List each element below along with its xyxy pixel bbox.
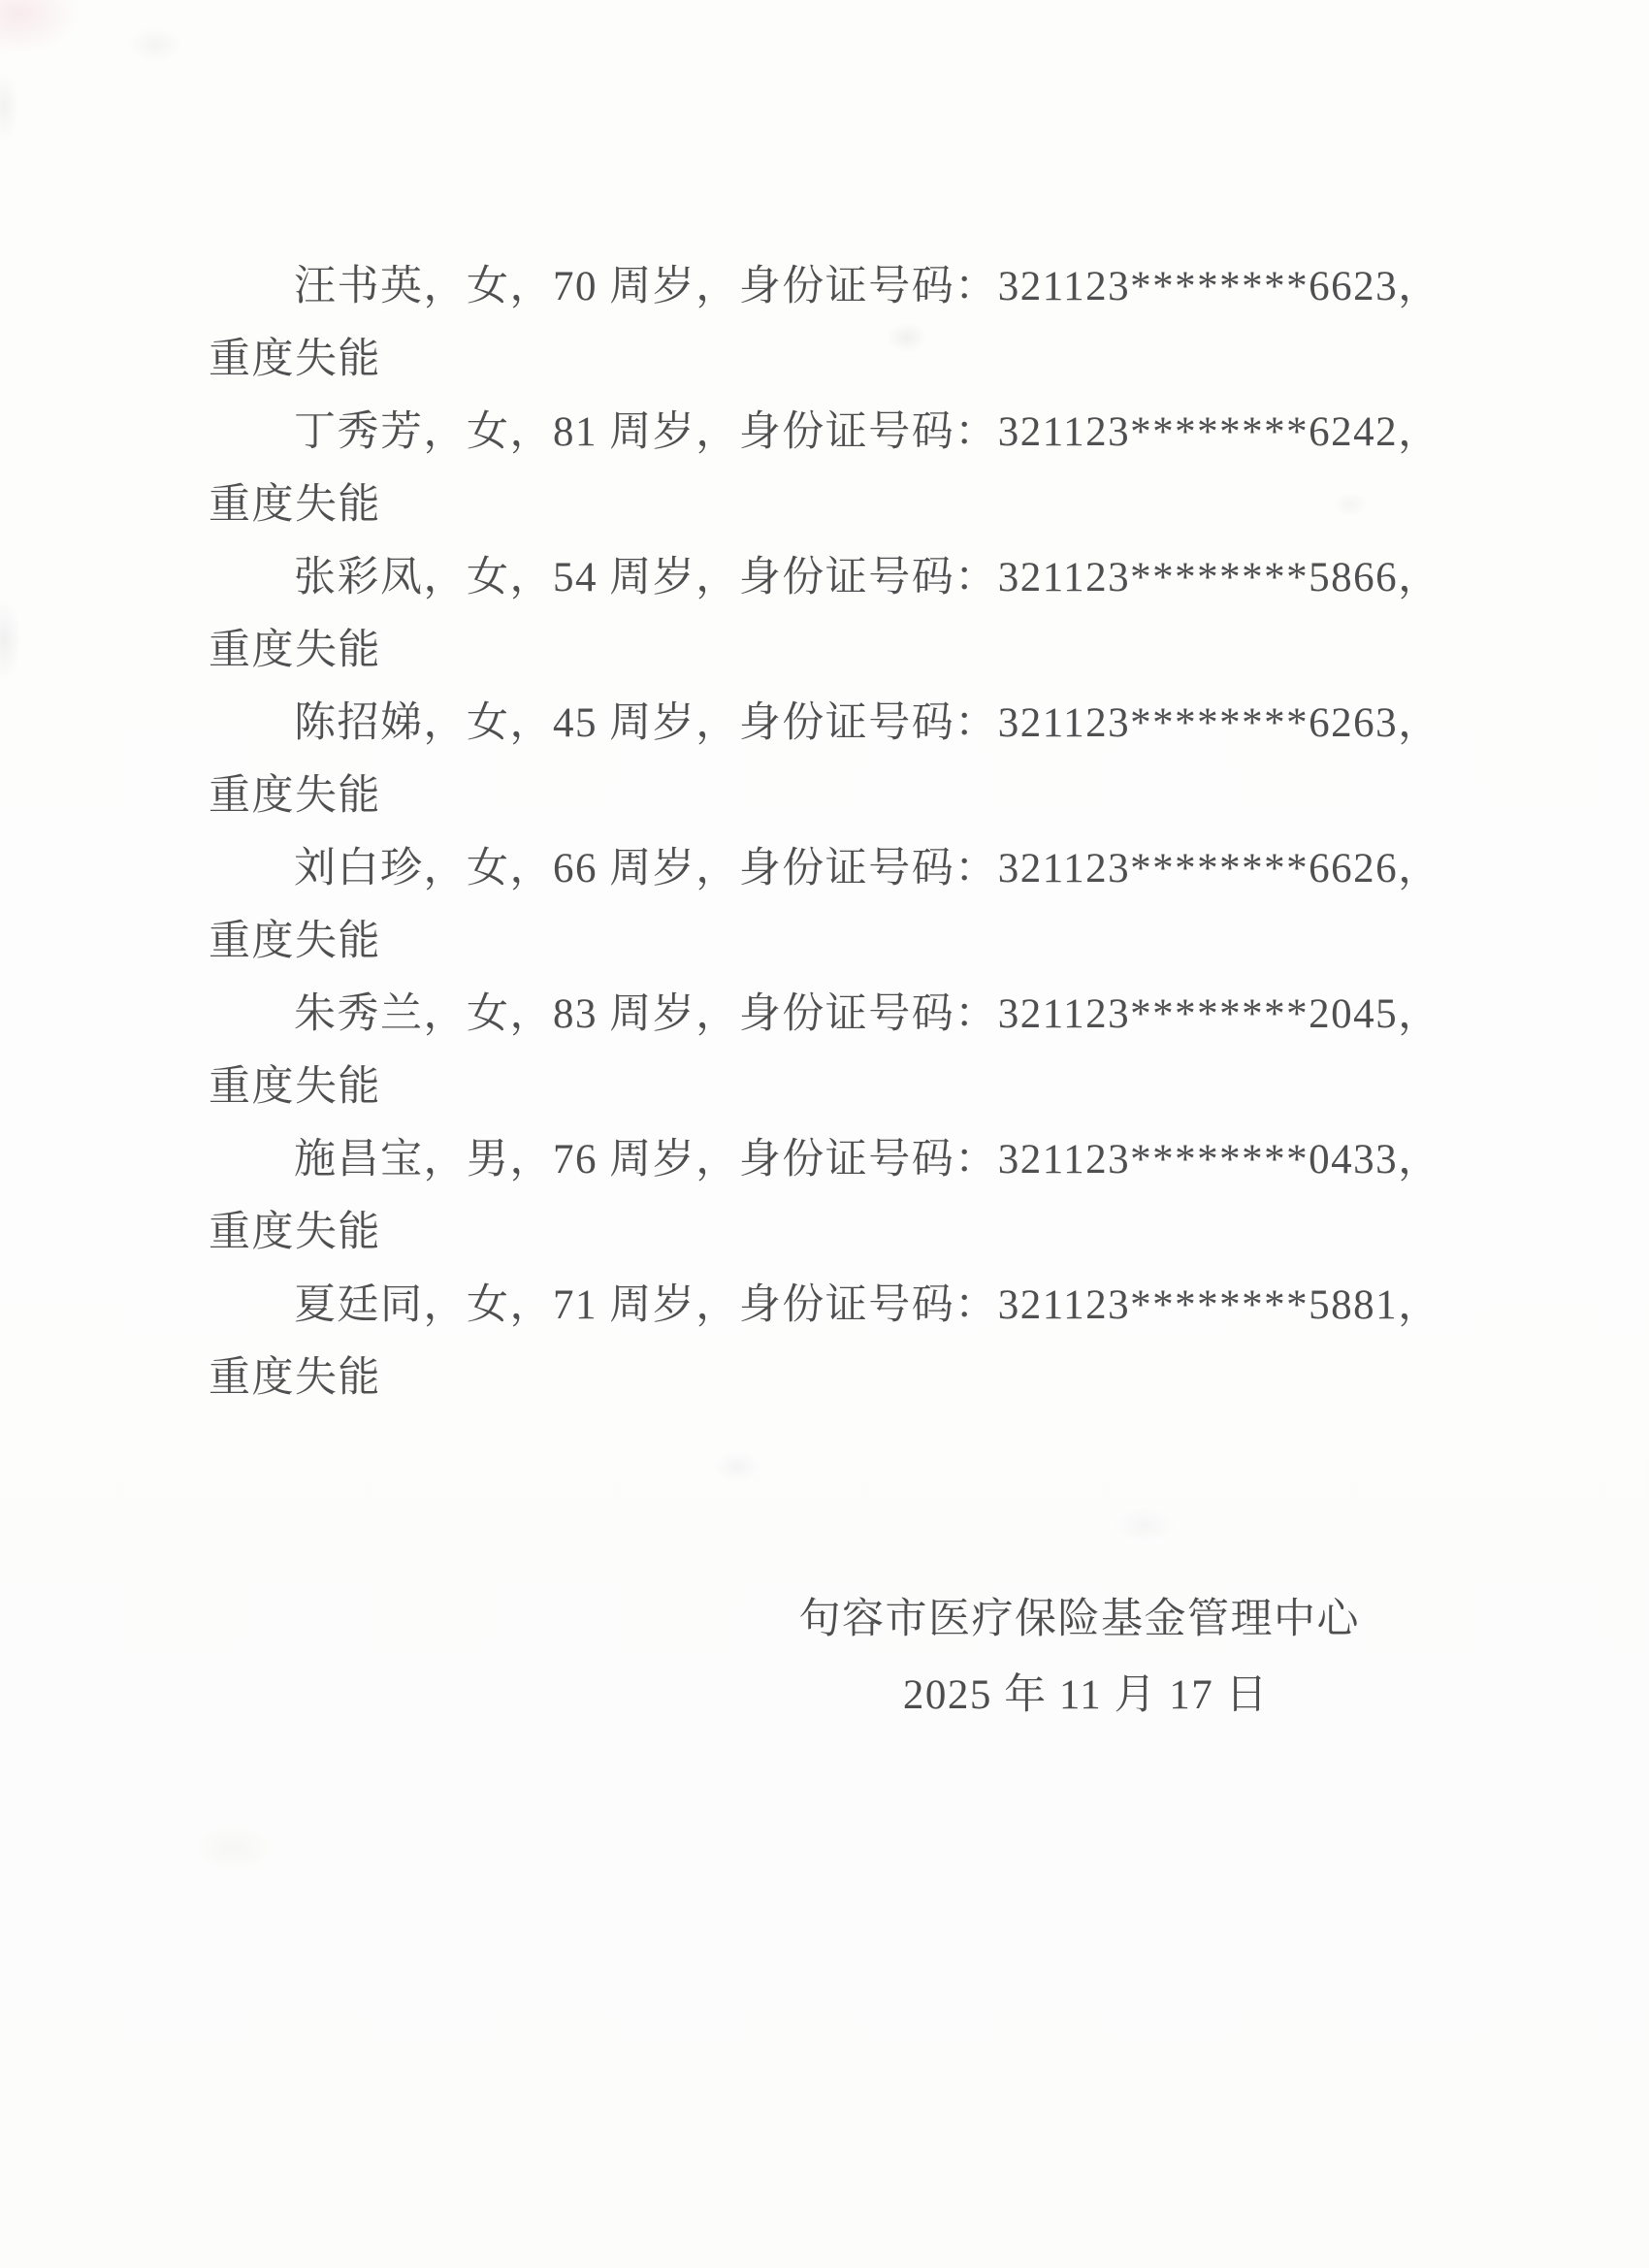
entry-detail-line: 夏廷同，女，71 周岁，身份证号码：321123********5881，	[209, 1269, 1450, 1342]
disability-entry: 陈招娣，女，45 周岁，身份证号码：321123********6263， 重度…	[209, 687, 1450, 832]
scanned-document-page: 汪书英，女，70 周岁，身份证号码：321123********6623， 重度…	[0, 0, 1649, 2268]
disability-entry: 施昌宝，男，76 周岁，身份证号码：321123********0433， 重度…	[209, 1123, 1450, 1269]
disability-entry: 朱秀兰，女，83 周岁，身份证号码：321123********2045， 重度…	[209, 978, 1450, 1123]
entries-list: 汪书英，女，70 周岁，身份证号码：321123********6623， 重度…	[209, 250, 1450, 1414]
entry-status-line: 重度失能	[209, 323, 1450, 396]
entry-status-line: 重度失能	[209, 760, 1450, 832]
entry-detail-line: 施昌宝，男，76 周岁，身份证号码：321123********0433，	[209, 1123, 1450, 1196]
entry-status-line: 重度失能	[209, 469, 1450, 541]
footer-date: 2025 年 11 月 17 日	[903, 1667, 1269, 1725]
entry-detail-line: 陈招娣，女，45 周岁，身份证号码：321123********6263，	[209, 687, 1450, 760]
entry-detail-line: 丁秀芳，女，81 周岁，身份证号码：321123********6242，	[209, 396, 1450, 469]
disability-entry: 张彩凤，女，54 周岁，身份证号码：321123********5866， 重度…	[209, 541, 1450, 687]
entry-detail-line: 刘白珍，女，66 周岁，身份证号码：321123********6626，	[209, 832, 1450, 905]
entry-status-line: 重度失能	[209, 614, 1450, 687]
disability-entry: 刘白珍，女，66 周岁，身份证号码：321123********6626， 重度…	[209, 832, 1450, 978]
disability-entry: 夏廷同，女，71 周岁，身份证号码：321123********5881， 重度…	[209, 1269, 1450, 1414]
entry-status-line: 重度失能	[209, 1196, 1450, 1269]
entry-status-line: 重度失能	[209, 1342, 1450, 1414]
entry-status-line: 重度失能	[209, 1051, 1450, 1123]
entry-status-line: 重度失能	[209, 905, 1450, 978]
disability-entry: 丁秀芳，女，81 周岁，身份证号码：321123********6242， 重度…	[209, 396, 1450, 541]
entry-detail-line: 张彩凤，女，54 周岁，身份证号码：321123********5866，	[209, 541, 1450, 614]
entry-detail-line: 汪书英，女，70 周岁，身份证号码：321123********6623，	[209, 250, 1450, 323]
entry-detail-line: 朱秀兰，女，83 周岁，身份证号码：321123********2045，	[209, 978, 1450, 1051]
disability-entry: 汪书英，女，70 周岁，身份证号码：321123********6623， 重度…	[209, 250, 1450, 396]
footer-organization: 句容市医疗保险基金管理中心	[799, 1591, 1361, 1649]
